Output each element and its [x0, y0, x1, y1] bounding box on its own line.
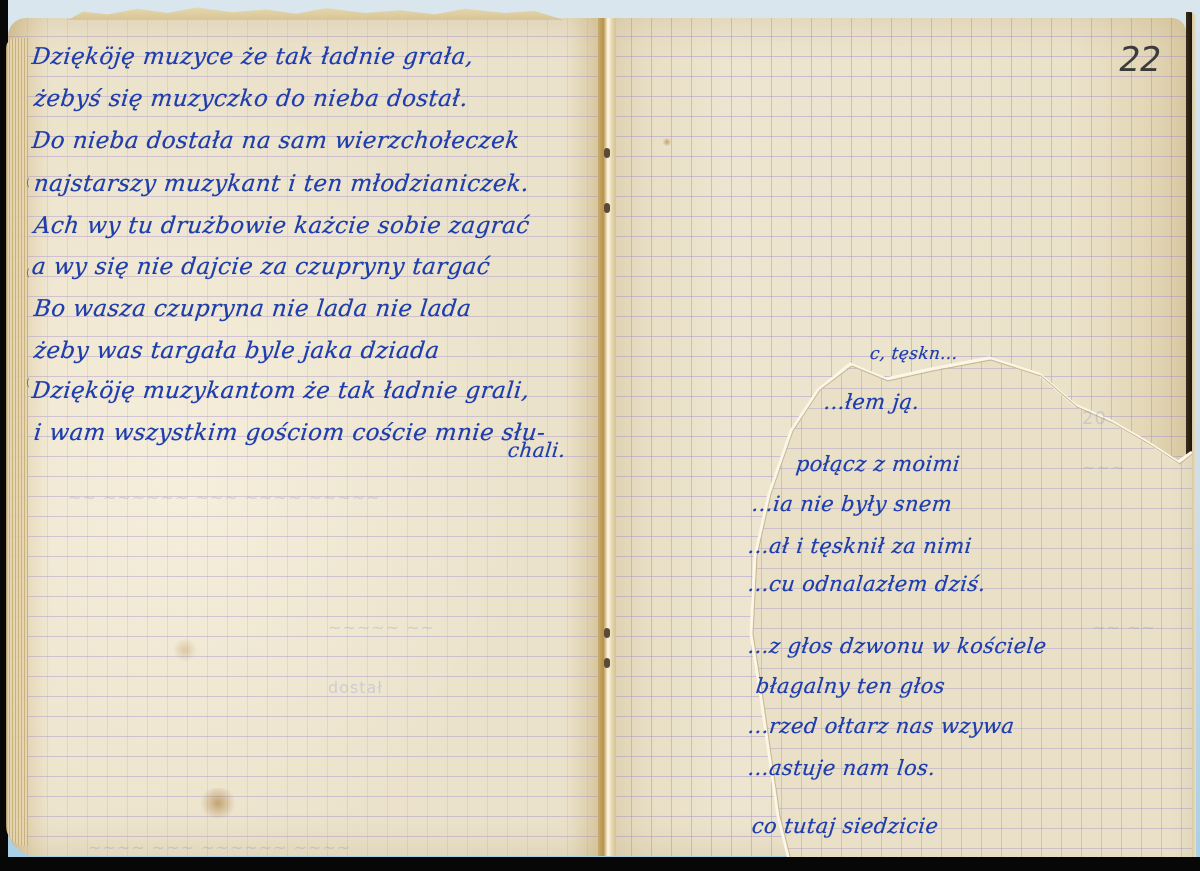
paper-stain	[662, 138, 672, 146]
handwritten-line: i wam wszystkim gościom coście mnie słu-	[33, 420, 547, 446]
bleed-through-text: ~~~	[1082, 458, 1125, 477]
margin-mark: (	[26, 178, 30, 189]
handwritten-line: chali.	[507, 438, 567, 462]
handwritten-line: żebyś się muzyczko do nieba dostał.	[33, 86, 470, 112]
handwritten-line: ...z głos dzwonu w kościele	[747, 634, 1048, 658]
handwritten-line: ...astuje nam los.	[747, 756, 937, 780]
handwritten-line: żeby was targała byle jaka dziada	[33, 338, 441, 364]
handwritten-line: błagalny ten głos	[755, 674, 947, 698]
bleed-through-text: dostał	[328, 678, 383, 697]
page-number: 22	[1115, 40, 1163, 80]
paper-stain	[198, 788, 238, 818]
scanner-bottom-border	[0, 857, 1200, 871]
binding-staple	[604, 203, 610, 213]
handwritten-line: co tutaj siedzicie	[751, 814, 940, 838]
bleed-through-text: 20	[1082, 408, 1107, 429]
bleed-through-text: ~~ ~~~~~~ ~~~ ~~~~ ~~~~~	[68, 488, 380, 507]
right-page: 22 20 ~~~ ~~ ~~ c, tęskn... ...łem ją. p…	[612, 18, 1186, 856]
frayed-top-edge	[68, 6, 564, 20]
handwritten-line: Do nieba dostała na sam wierzchołeczek	[31, 128, 521, 154]
handwritten-line: ...ia nie były snem	[751, 492, 954, 516]
handwritten-line: ...łem ją.	[823, 390, 921, 414]
notebook-gutter	[598, 18, 616, 856]
handwritten-line: Ach wy tu drużbowie każcie sobie zagrać	[33, 213, 531, 239]
binding-staple	[604, 148, 610, 158]
margin-mark: (	[26, 268, 30, 279]
torn-page-region	[742, 348, 1192, 868]
notebook-spread: ( ( ( Dzięköję muzyce że tak ładnie grał…	[8, 18, 1190, 856]
scan-canvas: ( ( ( Dzięköję muzyce że tak ładnie grał…	[0, 0, 1200, 871]
paper-stain	[173, 638, 197, 662]
handwritten-line: połącz z moimi	[795, 452, 962, 476]
handwritten-line: ...cu odnalazłem dziś.	[747, 572, 987, 596]
margin-mark: (	[26, 378, 30, 389]
bleed-through-text: ~~~~~ ~~	[328, 618, 435, 637]
binding-staple	[604, 628, 610, 638]
handwritten-line: Bo wasza czupryna nie lada nie lada	[33, 296, 473, 322]
bleed-through-text: ~~~~ ~~~ ~~~~~~ ~~~~	[88, 838, 351, 857]
handwritten-line: Dzięköję muzykantom że tak ładnie grali,	[31, 378, 531, 404]
bleed-through-text: ~~ ~~	[1092, 618, 1156, 637]
handwritten-line: a wy się nie dajcie za czupryny targać	[31, 254, 492, 280]
binding-staple	[604, 658, 610, 668]
page-edge-stack	[6, 38, 28, 846]
handwritten-line: Dzięköję muzyce że tak ładnie grała,	[31, 44, 475, 70]
handwritten-line: ...rzed ołtarz nas wzywa	[747, 714, 1016, 738]
handwritten-line: ...ał i tęsknił za nimi	[747, 534, 973, 558]
handwritten-line: c, tęskn...	[869, 344, 959, 364]
left-page: ( ( ( Dzięköję muzyce że tak ładnie grał…	[8, 18, 604, 856]
handwritten-line: najstarszy muzykant i ten młodzianiczek.	[33, 171, 531, 197]
